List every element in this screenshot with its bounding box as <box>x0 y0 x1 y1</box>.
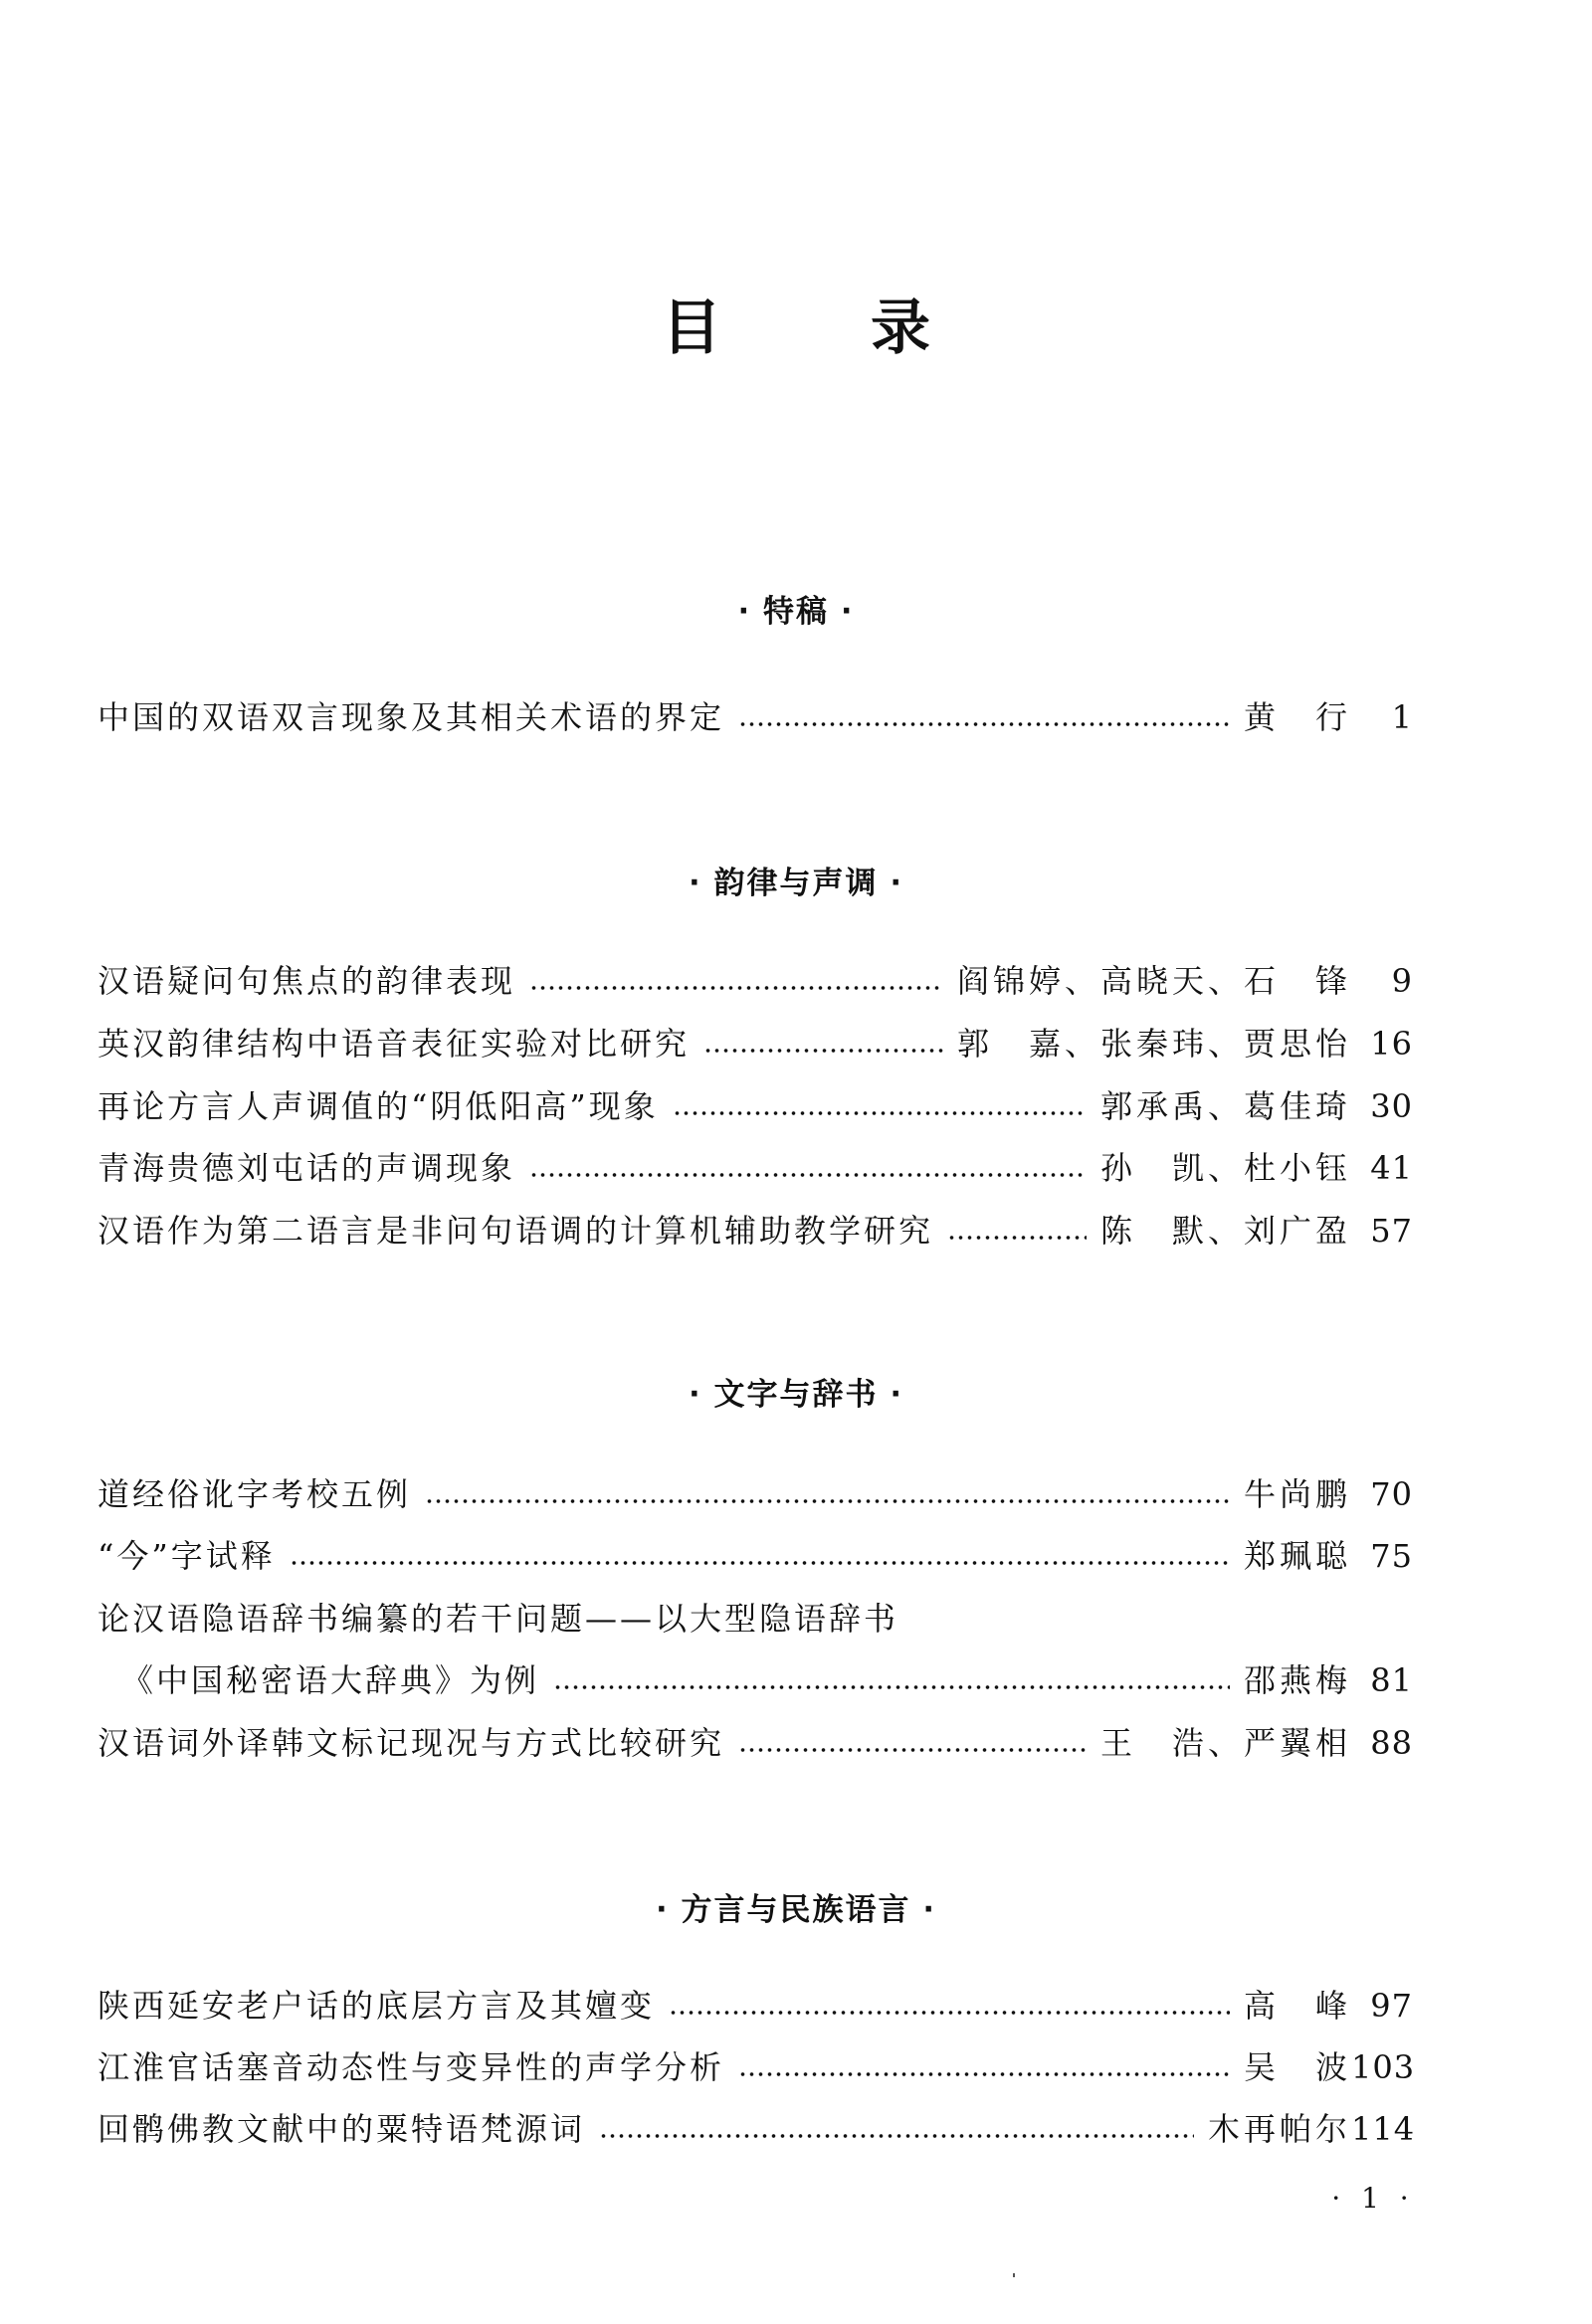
toc-entry[interactable]: 再论方言人声调值的“阴低阳高”现象 郭承禹、葛佳琦 30 <box>98 1084 1413 1128</box>
page-title: 目 录 <box>0 289 1592 368</box>
section-header-label: 韵律与声调 <box>714 859 879 908</box>
section-header-special: · 特稿 · <box>0 587 1592 637</box>
dot-leader <box>738 1721 1087 1765</box>
entry-author: 吴 波 <box>1244 2045 1351 2089</box>
dot-leader <box>599 2107 1194 2151</box>
toc-entry[interactable]: 回鹘佛教文献中的粟特语梵源词 木再帕尔 114 <box>98 2107 1413 2151</box>
entry-title: “今”字试释 <box>98 1534 276 1578</box>
entry-title: 江淮官话塞音动态性与变异性的声学分析 <box>98 2045 724 2089</box>
entry-author: 陈 默、刘广盈 <box>1100 1209 1351 1253</box>
toc-entry[interactable]: 汉语词外译韩文标记现况与方式比较研究 王 浩、严翼相 88 <box>98 1721 1413 1765</box>
dot-leader <box>425 1472 1230 1516</box>
section-header-prosody-tone: · 韵律与声调 · <box>0 859 1592 908</box>
dot-leader <box>738 695 1230 739</box>
toc-entry-line2[interactable]: 《中国秘密语大辞典》为例 邵燕梅 81 <box>121 1658 1413 1702</box>
dot-leader <box>290 1534 1230 1578</box>
entry-page: 1 <box>1351 695 1413 739</box>
entry-title: 道经俗讹字考校五例 <box>98 1472 411 1516</box>
entry-page: 41 <box>1351 1146 1413 1190</box>
dot-leader <box>947 1209 1087 1253</box>
scan-speck <box>1013 2273 1015 2277</box>
entry-page: 114 <box>1351 2107 1413 2151</box>
entry-page: 81 <box>1351 1658 1413 1702</box>
section-header-label: 特稿 <box>763 587 829 637</box>
dot-leader <box>703 1022 943 1065</box>
entry-title: 汉语词外译韩文标记现况与方式比较研究 <box>98 1721 724 1765</box>
entry-author: 王 浩、严翼相 <box>1100 1721 1351 1765</box>
entry-page: 30 <box>1351 1084 1413 1128</box>
bullet-dot-icon: · <box>689 859 701 908</box>
dot-leader <box>669 1984 1230 2028</box>
entry-page: 75 <box>1351 1534 1413 1578</box>
toc-entry[interactable]: 青海贵德刘屯话的声调现象 孙 凯、杜小钰 41 <box>98 1146 1413 1190</box>
section-header-script-lexicography: · 文字与辞书 · <box>0 1370 1592 1420</box>
entry-page: 16 <box>1351 1022 1413 1065</box>
dot-leader <box>529 1146 1087 1190</box>
dot-leader <box>912 1597 1399 1641</box>
entry-title: 回鹘佛教文献中的粟特语梵源词 <box>98 2107 585 2151</box>
entry-page: 70 <box>1351 1472 1413 1516</box>
bullet-dot-icon: · <box>656 1885 669 1935</box>
toc-entry[interactable]: 道经俗讹字考校五例 牛尚鹏 70 <box>98 1472 1413 1516</box>
toc-entry[interactable]: “今”字试释 郑珮聪 75 <box>98 1534 1413 1578</box>
entry-title: 汉语作为第二语言是非问句语调的计算机辅助教学研究 <box>98 1209 933 1253</box>
bullet-dot-icon: · <box>923 1885 936 1935</box>
entry-title: 英汉韵律结构中语音表征实验对比研究 <box>98 1022 690 1065</box>
dot-leader <box>673 1084 1087 1128</box>
entry-page: 57 <box>1351 1209 1413 1253</box>
entry-title: 再论方言人声调值的“阴低阳高”现象 <box>98 1084 659 1128</box>
bullet-dot-icon: · <box>891 859 903 908</box>
entry-title: 汉语疑问句焦点的韵律表现 <box>98 959 515 1003</box>
entry-author: 邵燕梅 <box>1244 1658 1351 1702</box>
toc-entry[interactable]: 中国的双语双言现象及其相关术语的界定 黄 行 1 <box>98 695 1413 739</box>
section-header-dialects-ethnic-languages: · 方言与民族语言 · <box>0 1885 1592 1935</box>
entry-title: 中国的双语双言现象及其相关术语的界定 <box>98 695 724 739</box>
bullet-dot-icon: · <box>891 1370 903 1420</box>
page-number: · 1 · <box>1323 2177 1423 2221</box>
entry-author: 木再帕尔 <box>1208 2107 1351 2151</box>
dot-leader <box>529 959 943 1003</box>
entry-page: 97 <box>1351 1984 1413 2028</box>
toc-entry[interactable]: 英汉韵律结构中语音表征实验对比研究 郭 嘉、张秦玮、贾思怡 16 <box>98 1022 1413 1065</box>
entry-author: 黄 行 <box>1244 695 1351 739</box>
entry-page: 103 <box>1351 2045 1413 2089</box>
entry-author: 阎锦婷、高晓天、石 锋 <box>957 959 1351 1003</box>
entry-page: 88 <box>1351 1721 1413 1765</box>
entry-title: 陕西延安老户话的底层方言及其嬗变 <box>98 1984 655 2028</box>
section-header-label: 方言与民族语言 <box>682 1885 911 1935</box>
entry-author: 郑珮聪 <box>1244 1534 1351 1578</box>
entry-author: 郭 嘉、张秦玮、贾思怡 <box>957 1022 1351 1065</box>
section-header-label: 文字与辞书 <box>714 1370 879 1420</box>
title-char-2: 录 <box>871 289 930 368</box>
bullet-dot-icon: · <box>738 587 751 637</box>
toc-page: 目 录 · 特稿 · 中国的双语双言现象及其相关术语的界定 黄 行 1 · 韵律… <box>0 0 1592 2324</box>
entry-title: 论汉语隐语辞书编纂的若干问题——以大型隐语辞书 <box>98 1597 898 1641</box>
entry-author: 郭承禹、葛佳琦 <box>1100 1084 1351 1128</box>
toc-entry[interactable]: 陕西延安老户话的底层方言及其嬗变 高 峰 97 <box>98 1984 1413 2028</box>
entry-title: 《中国秘密语大辞典》为例 <box>121 1658 539 1702</box>
bullet-dot-icon: · <box>689 1370 701 1420</box>
entry-author: 高 峰 <box>1244 1984 1351 2028</box>
toc-entry[interactable]: 汉语疑问句焦点的韵律表现 阎锦婷、高晓天、石 锋 9 <box>98 959 1413 1003</box>
dot-leader <box>738 2045 1230 2089</box>
toc-entry[interactable]: 江淮官话塞音动态性与变异性的声学分析 吴 波 103 <box>98 2045 1413 2089</box>
toc-entry-line1[interactable]: 论汉语隐语辞书编纂的若干问题——以大型隐语辞书 <box>98 1597 1413 1641</box>
entry-author: 孙 凯、杜小钰 <box>1100 1146 1351 1190</box>
toc-entry[interactable]: 汉语作为第二语言是非问句语调的计算机辅助教学研究 陈 默、刘广盈 57 <box>98 1209 1413 1253</box>
entry-title: 青海贵德刘屯话的声调现象 <box>98 1146 515 1190</box>
entry-author: 牛尚鹏 <box>1244 1472 1351 1516</box>
dot-leader <box>553 1658 1230 1702</box>
title-char-1: 目 <box>662 289 721 368</box>
bullet-dot-icon: · <box>841 587 854 637</box>
entry-page: 9 <box>1351 959 1413 1003</box>
